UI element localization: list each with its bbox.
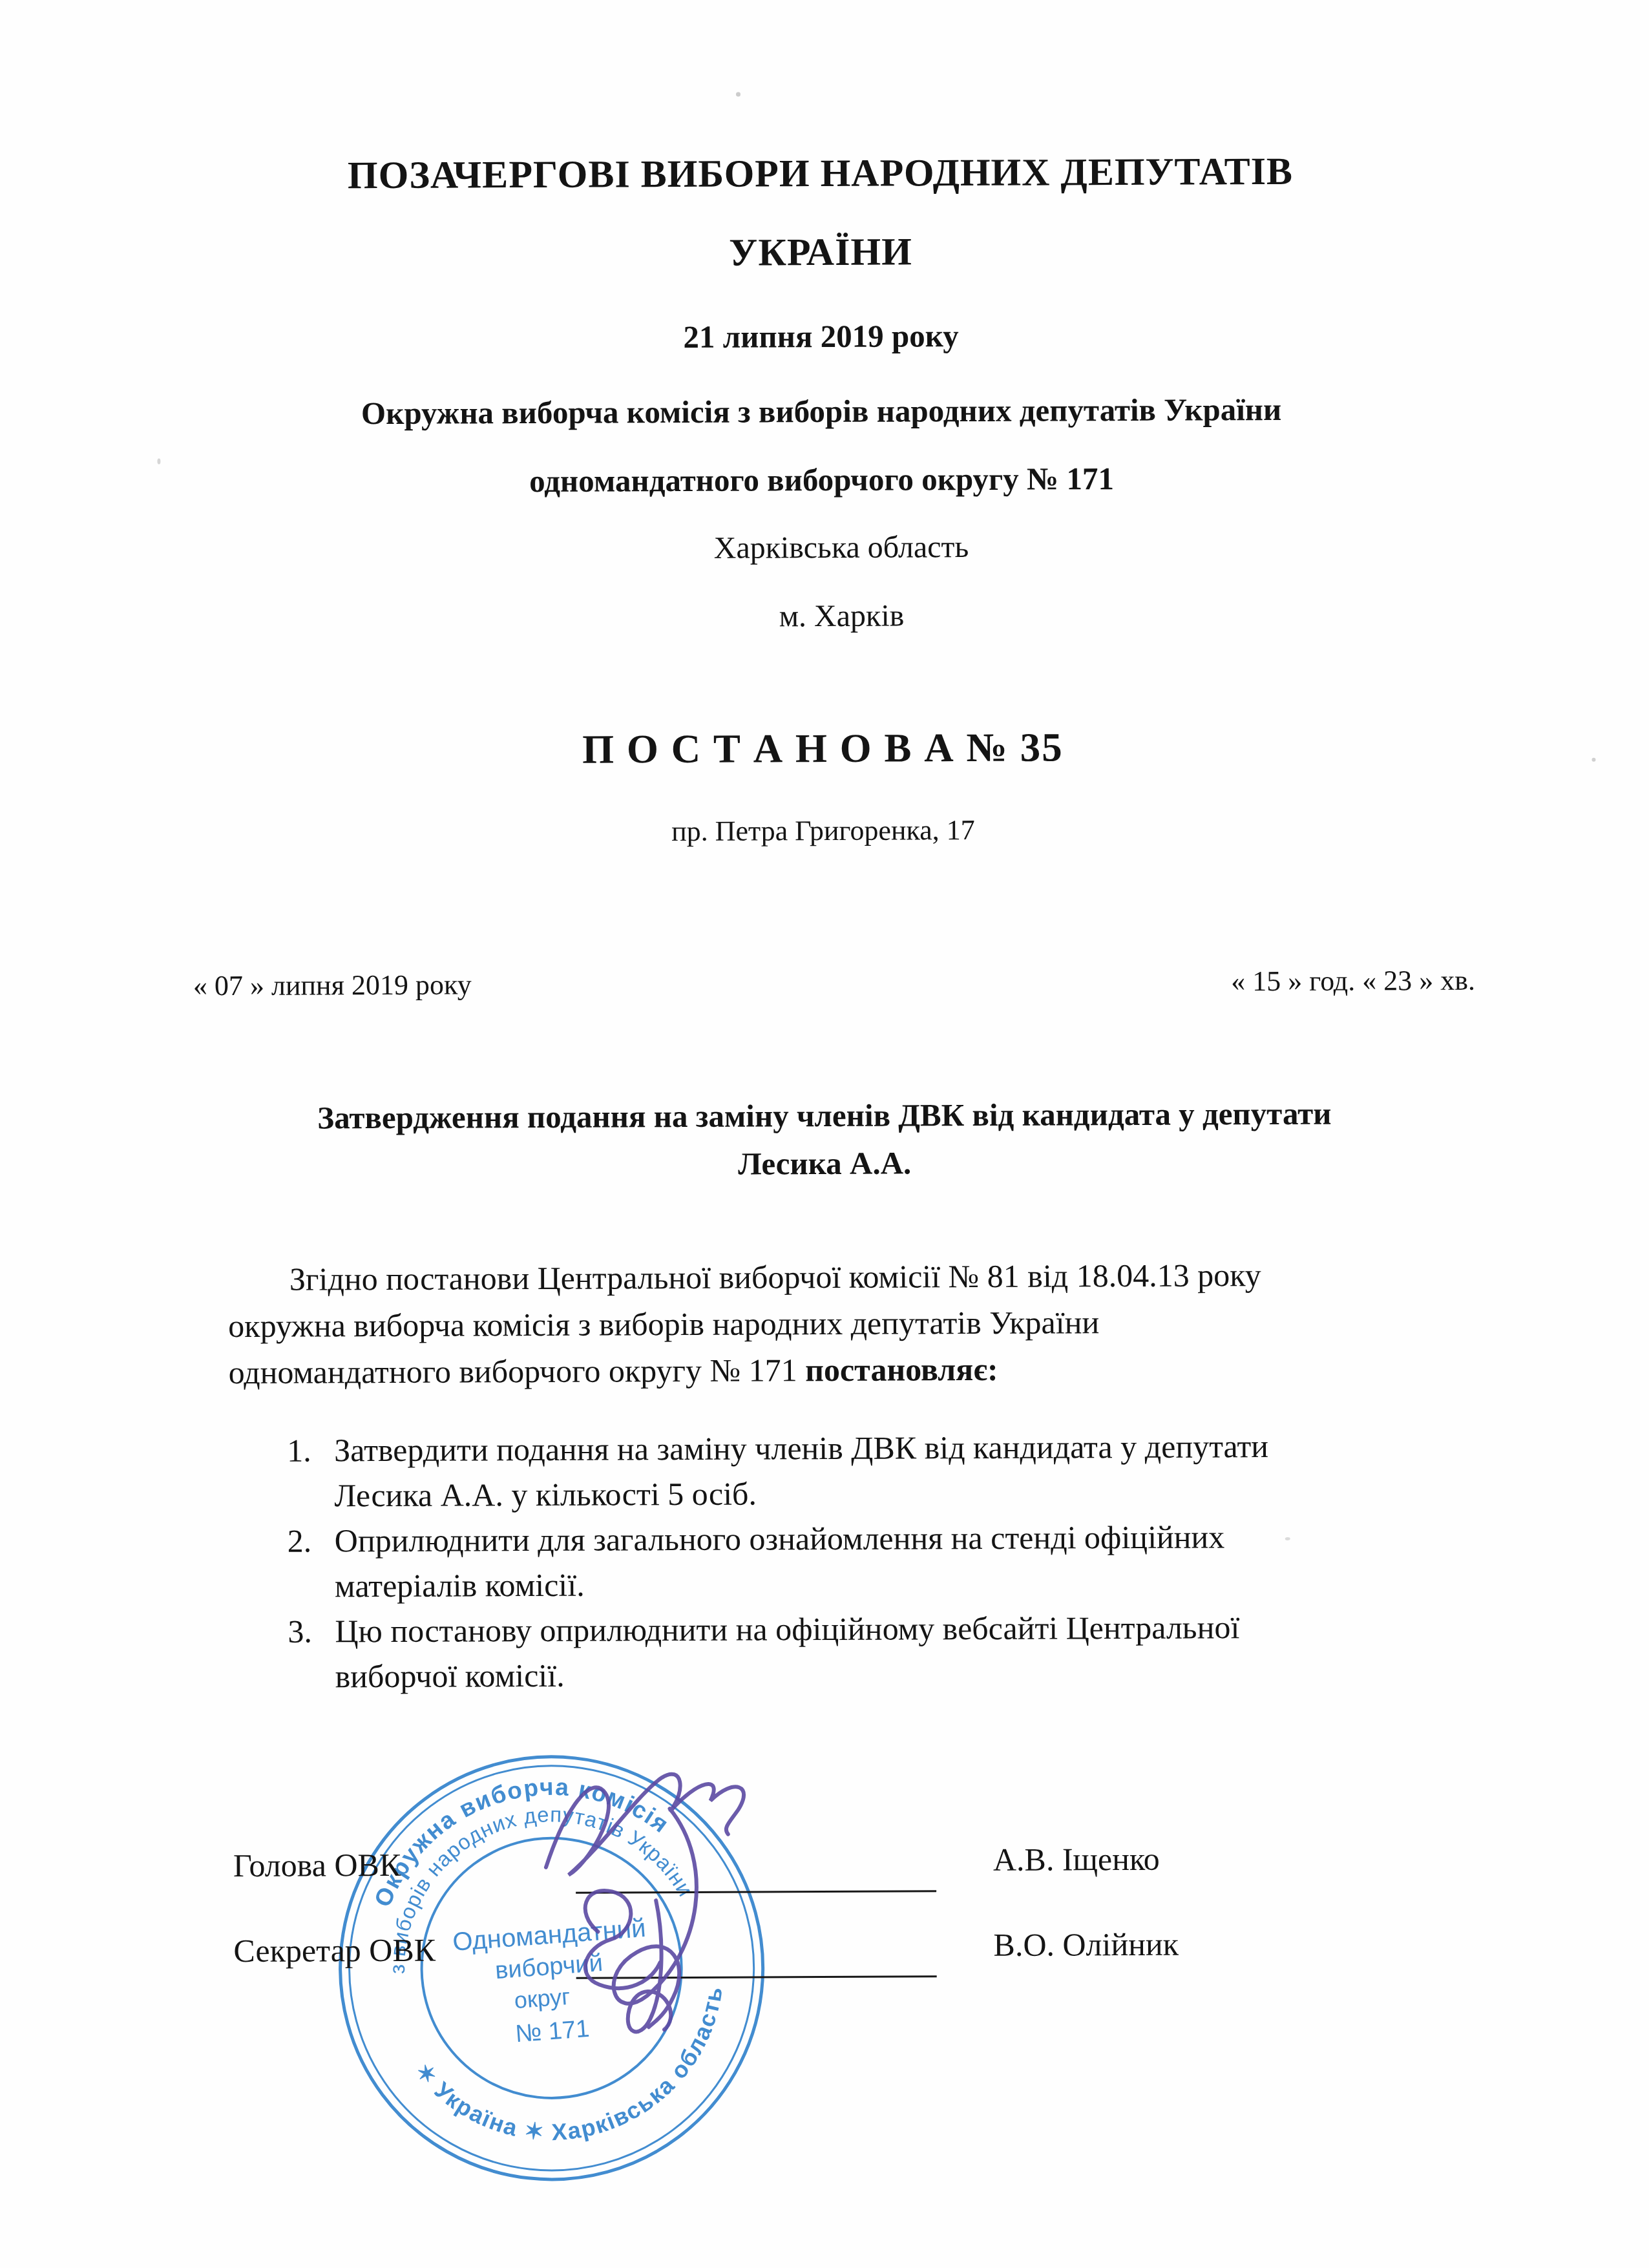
resolution-address: пр. Петра Григоренка, 17	[0, 810, 1648, 850]
resolution-title: П О С Т А Н О В А № 35	[0, 721, 1648, 775]
list-item-number: 2.	[288, 1518, 335, 1563]
paragraph-line1: Згідно постанови Центральної виборчої ко…	[228, 1251, 1417, 1303]
resolution-subject: Затвердження подання на заміну членів ДВ…	[0, 1088, 1649, 1191]
subject-line2: Лесика А.А.	[0, 1136, 1649, 1191]
paragraph-line3-bold: постановляє:	[805, 1351, 998, 1388]
scan-speck	[157, 458, 160, 464]
resolution-list: 1. Затвердити подання на заміну членів Д…	[287, 1423, 1451, 1699]
resolution-time: « 15 » год. « 23 » хв.	[1231, 964, 1475, 998]
document-page: ПОЗАЧЕРГОВІ ВИБОРИ НАРОДНИХ ДЕПУТАТІВ УК…	[0, 0, 1649, 2268]
document-title-line1: ПОЗАЧЕРГОВІ ВИБОРИ НАРОДНИХ ДЕПУТАТІВ	[0, 147, 1645, 199]
scan-speck	[1591, 758, 1595, 762]
list-item-line: Оприлюднити для загального ознайомлення …	[335, 1514, 1225, 1563]
secretary-signature-stroke	[585, 1891, 660, 1989]
subject-line1: Затвердження подання на заміну членів ДВ…	[0, 1088, 1649, 1143]
scan-speck	[736, 92, 740, 97]
list-item-number: 1.	[287, 1427, 334, 1473]
list-item-number: 3.	[288, 1608, 335, 1654]
signature-role-secretary: Секретар ОВК	[233, 1931, 436, 1969]
paragraph-line3-normal: одномандатного виборчого округу № 171	[228, 1352, 805, 1391]
head-signature-stroke	[545, 1774, 744, 1875]
commission-name-line1: Окружна виборча комісія з виборів народн…	[0, 389, 1646, 433]
paragraph-line2: окружна виборча комісія з виборів народн…	[228, 1297, 1417, 1349]
list-item-line: виборчої комісії.	[335, 1650, 1240, 1699]
body-paragraph: Згідно постанови Центральної виборчої ко…	[228, 1251, 1418, 1396]
scanned-sheet: ПОЗАЧЕРГОВІ ВИБОРИ НАРОДНИХ ДЕПУТАТІВ УК…	[0, 0, 1649, 2268]
list-item-text: Оприлюднити для загального ознайомлення …	[335, 1514, 1225, 1608]
signature-name-head: А.В. Іщенко	[993, 1840, 1160, 1878]
document-title-line2: УКРАЇНИ	[0, 226, 1645, 278]
list-item-line: Затвердити подання на заміну членів ДВК …	[334, 1423, 1268, 1473]
signature-role-head: Голова ОВК	[233, 1846, 401, 1884]
commission-name-line2: одномандатного виборчого округу № 171	[0, 457, 1646, 501]
list-item-line: Лесика А.А. у кількості 5 осіб.	[334, 1469, 1268, 1518]
signature-name-secretary: В.О. Олійник	[993, 1926, 1179, 1964]
region-line: Харківська область	[0, 526, 1646, 569]
list-item: 2. Оприлюднити для загального ознайомлен…	[288, 1513, 1451, 1609]
election-date: 21 липня 2019 року	[0, 314, 1646, 358]
list-item-text: Затвердити подання на заміну членів ДВК …	[334, 1423, 1269, 1518]
signature-ink	[500, 1737, 812, 2090]
paragraph-line3: одномандатного виборчого округу № 171 по…	[228, 1344, 1417, 1396]
list-item: 1. Затвердити подання на заміну членів Д…	[287, 1423, 1451, 1518]
scan-speck	[1285, 1537, 1290, 1540]
list-item-text: Цю постанову оприлюднити на офіційному в…	[335, 1604, 1240, 1699]
date-time-row: « 07 » липня 2019 року « 15 » год. « 23 …	[193, 964, 1475, 1003]
list-item-line: Цю постанову оприлюднити на офіційному в…	[335, 1604, 1239, 1654]
resolution-date: « 07 » липня 2019 року	[193, 968, 472, 1002]
list-item: 3. Цю постанову оприлюднити на офіційном…	[288, 1604, 1451, 1699]
list-item-line: матеріалів комісії.	[335, 1559, 1225, 1608]
city-line: м. Харків	[0, 594, 1647, 637]
